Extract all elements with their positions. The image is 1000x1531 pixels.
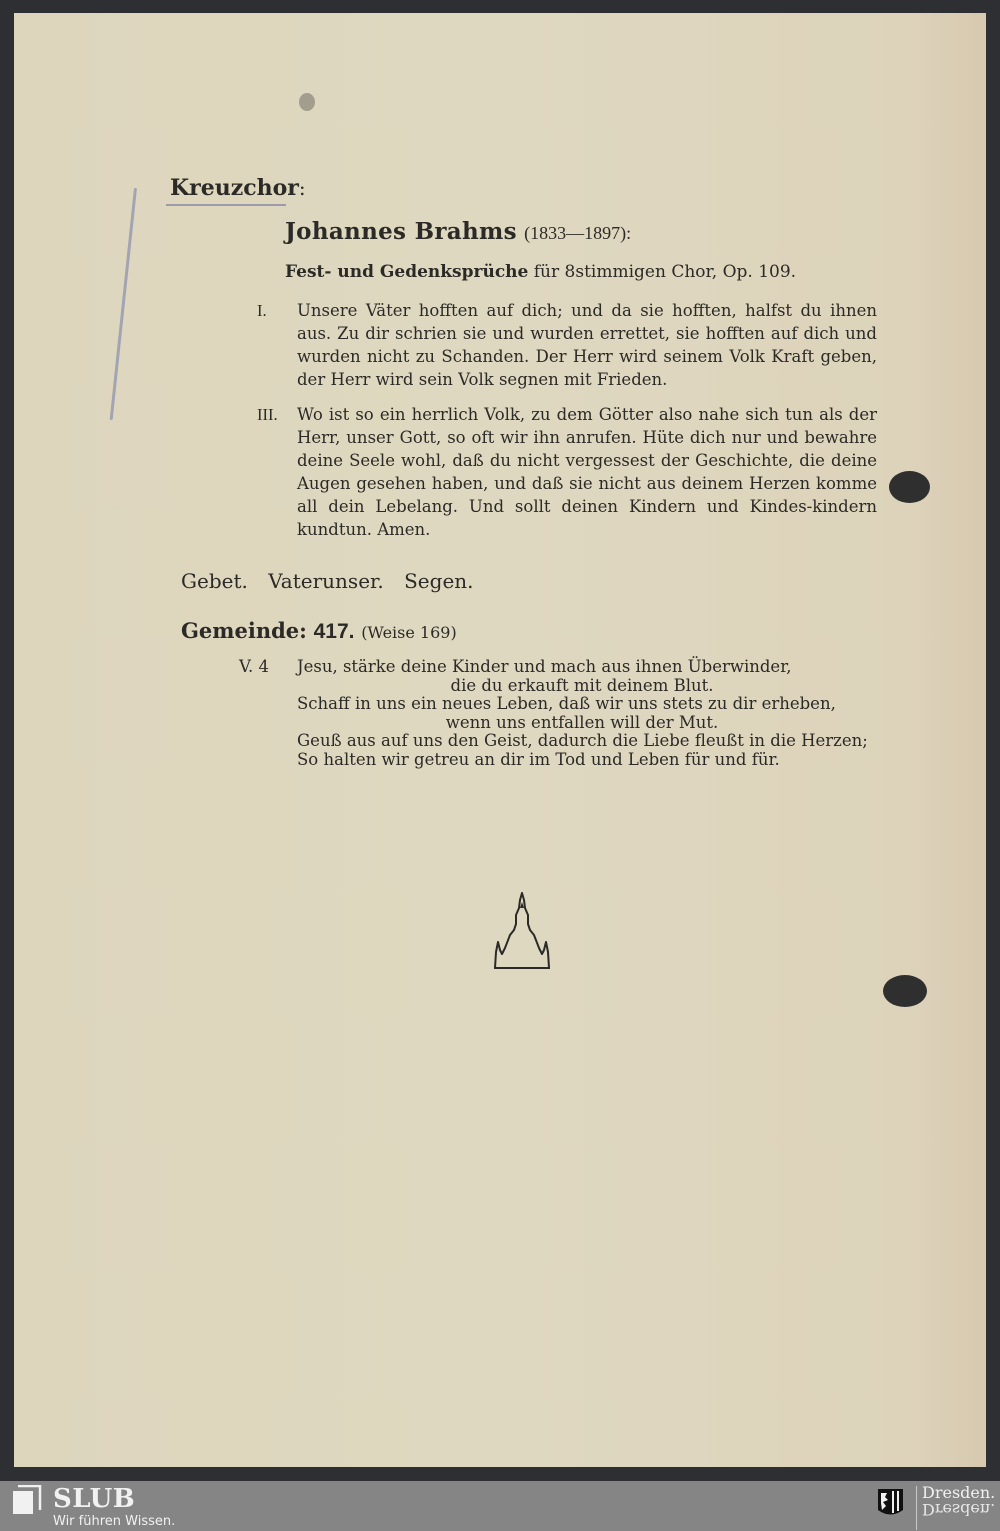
composer-name: Johannes Brahms xyxy=(285,218,517,245)
gemeinde-line: Gemeinde: 417. (Weise 169) xyxy=(181,618,457,644)
verse-text: Wo ist so ein herrlich Volk, zu dem Gött… xyxy=(297,403,877,541)
verse-block: III. Wo ist so ein herrlich Volk, zu dem… xyxy=(257,403,877,541)
work-title-bold: Fest- und Gedenksprüche xyxy=(285,262,528,282)
punch-hole xyxy=(889,471,930,503)
hymn-line: wenn uns entfallen will der Mut. xyxy=(297,714,867,733)
liturgy-line: Gebet. Vaterunser. Segen. xyxy=(181,569,474,593)
gemeinde-label: Gemeinde xyxy=(181,618,299,643)
hymn-line: die du erkauft mit deinem Blut. xyxy=(297,677,867,696)
composer-line: Johannes Brahms (1833—1897): xyxy=(285,218,631,245)
verse-text: Unsere Väter hofften auf dich; und da si… xyxy=(297,299,877,391)
colon: : xyxy=(299,176,306,200)
melody-reference: (Weise 169) xyxy=(361,623,457,642)
work-title-rest: für 8stimmigen Chor, Op. 109. xyxy=(534,262,796,282)
section-heading: Kreuzchor: xyxy=(170,175,306,201)
section-heading-text: Kreuzchor xyxy=(170,175,299,201)
verse-number: I. xyxy=(257,299,293,322)
hymn-line: Jesu, stärke deine Kinder und mach aus i… xyxy=(297,658,867,677)
frauenkirche-dome-icon xyxy=(492,890,552,972)
hymn-line: Geuß aus auf uns den Geist, dadurch die … xyxy=(297,732,867,751)
dresden-wordmark-mirror: Dresden. xyxy=(922,1501,995,1517)
verse-block: I. Unsere Väter hofften auf dich; und da… xyxy=(257,299,877,391)
hymn-line: So halten wir getreu an dir im Tod und L… xyxy=(297,751,867,770)
footer-divider xyxy=(916,1486,917,1530)
slub-book-logo-icon[interactable] xyxy=(12,1485,42,1515)
pencil-underline xyxy=(166,204,286,206)
footer-bar: SLUB Wir führen Wissen. Dresden. Dresden… xyxy=(0,1481,1000,1531)
slub-brand[interactable]: SLUB xyxy=(53,1484,135,1514)
hymn-verse-number: V. 4 xyxy=(239,658,269,677)
punch-hole xyxy=(883,975,927,1007)
verse-number: III. xyxy=(257,403,293,426)
work-title: Fest- und Gedenksprüche für 8stimmigen C… xyxy=(285,262,796,282)
scanned-page: Kreuzchor: Johannes Brahms (1833—1897): … xyxy=(14,13,986,1467)
hymn-number: 417. xyxy=(314,620,355,643)
slub-tagline: Wir führen Wissen. xyxy=(53,1514,175,1529)
colon: : xyxy=(299,618,307,643)
dresden-logo[interactable]: Dresden. Dresden. xyxy=(922,1485,995,1517)
composer-dates: (1833—1897): xyxy=(524,223,631,243)
hymn-line: Schaff in uns ein neues Leben, daß wir u… xyxy=(297,695,867,714)
pencil-margin-mark xyxy=(110,188,137,420)
dresden-coat-of-arms-icon[interactable] xyxy=(877,1488,904,1519)
ink-smudge xyxy=(299,93,315,111)
hymn-verse: V. 4 Jesu, stärke deine Kinder und mach … xyxy=(239,658,879,769)
